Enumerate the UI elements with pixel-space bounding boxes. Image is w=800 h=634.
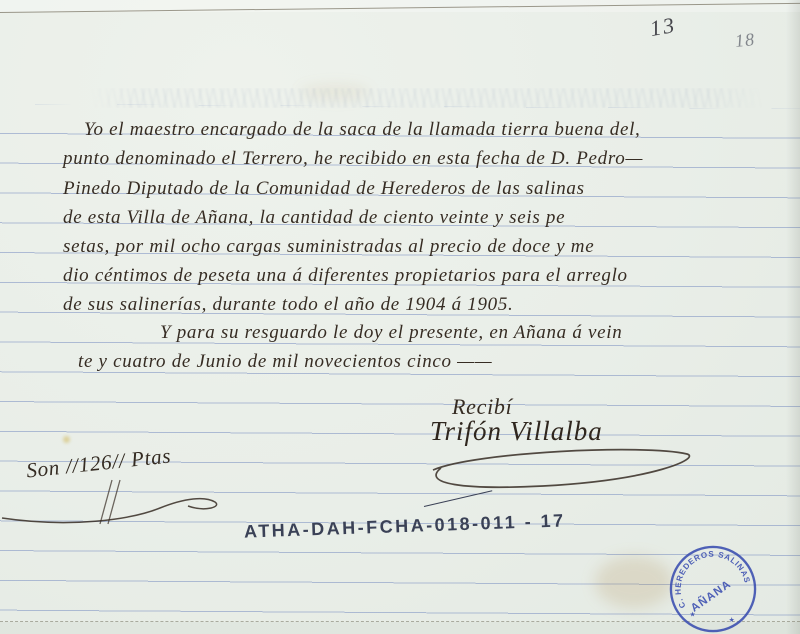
page-number-pencil: 18 (734, 29, 756, 52)
manuscript-line: dio céntimos de peseta una á diferentes … (63, 263, 628, 289)
amount-flourish (0, 478, 255, 528)
manuscript-line: punto denominado el Terrero, he recibido… (63, 146, 643, 172)
manuscript-line: de sus salinerías, durante todo el año d… (63, 292, 514, 318)
manuscript-line: de esta Villa de Añana, la cantidad de c… (63, 205, 565, 231)
manuscript-line: Y para su resguardo le doy el presente, … (160, 320, 622, 346)
signature-flourish (415, 440, 705, 500)
scanned-receipt-page: { "document": { "page_numbers": { "prima… (0, 0, 800, 634)
paper-stain (595, 556, 673, 608)
manuscript-line: setas, por mil ocho cargas suministradas… (63, 234, 594, 260)
stamp-center-text: AÑANA (688, 577, 734, 614)
manuscript-line: te y cuatro de Junio de mil novecientos … (78, 349, 492, 375)
manuscript-line: Yo el maestro encargado de la saca de la… (84, 117, 641, 143)
stamp: C. HEREDEROS SALINAS AÑANA ★ ★ (664, 544, 762, 634)
page-number-ink: 13 (648, 12, 678, 42)
paper-stain (63, 436, 70, 443)
manuscript-line: Pinedo Diputado de la Comunidad de Hered… (63, 176, 585, 202)
stamp-star-icon: ★ (729, 617, 735, 624)
stamp-star-icon: ★ (690, 611, 696, 618)
page-right-edge-shadow (786, 0, 800, 634)
ink-bleedthrough (88, 88, 764, 108)
